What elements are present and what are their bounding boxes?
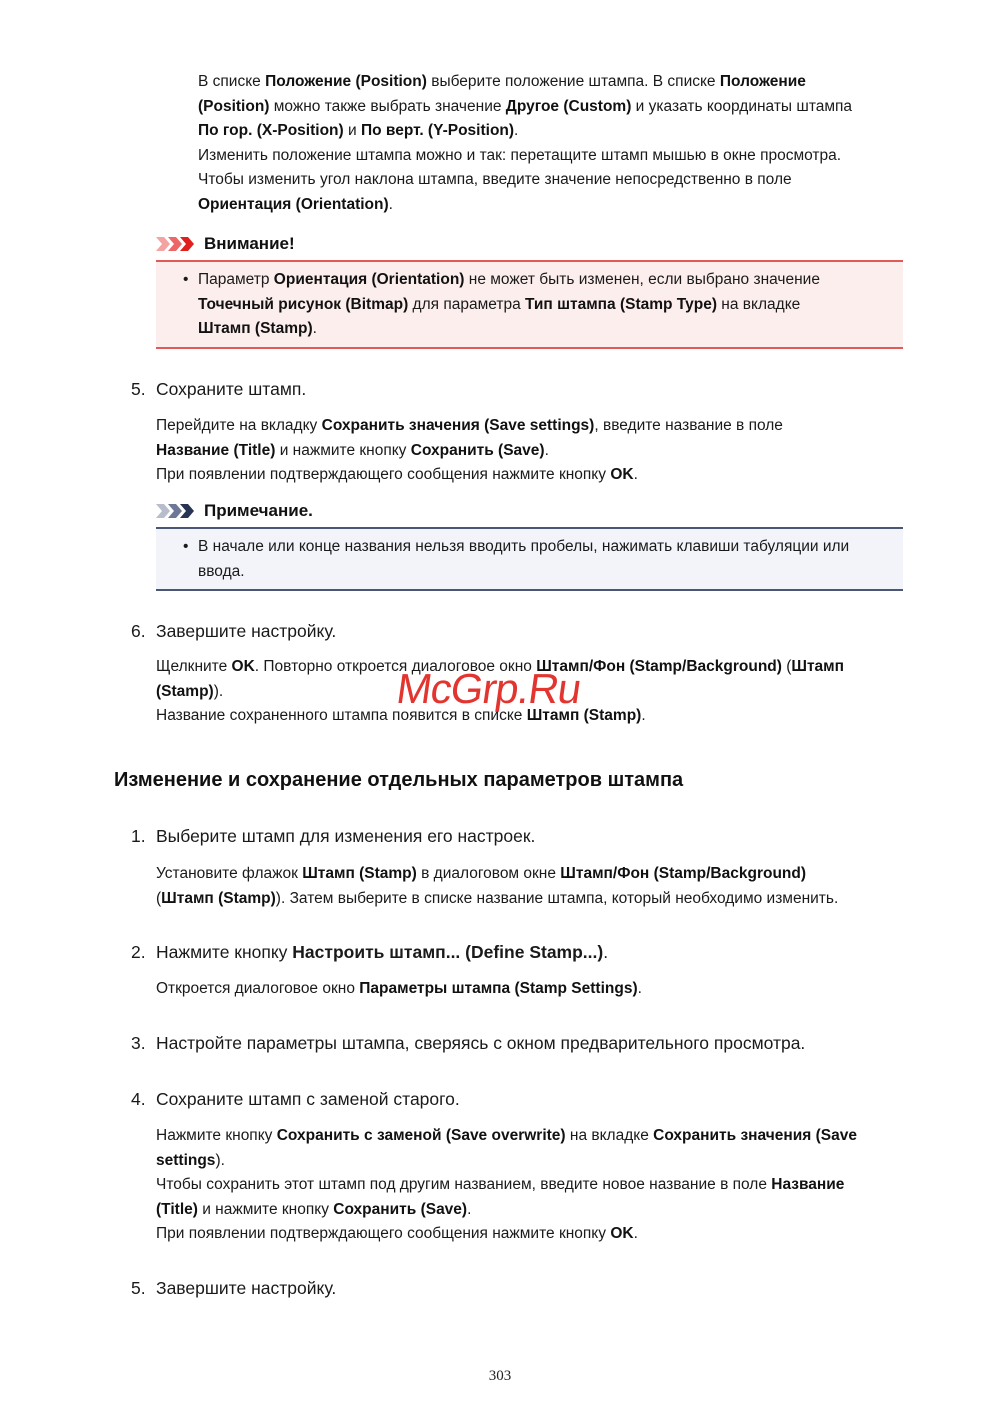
- text-line: (Stamp)).: [156, 680, 908, 705]
- step-title: Сохраните штамп с заменой старого.: [156, 1089, 460, 1109]
- text-line: Установите флажок Штамп (Stamp) в диалог…: [156, 862, 908, 887]
- section-step-4: 4.Сохраните штамп с заменой старого.: [131, 1087, 460, 1111]
- text-line: Точечный рисунок (Bitmap) для параметра …: [198, 293, 891, 318]
- text-line: (Position) можно также выбрать значение …: [198, 95, 908, 120]
- text-line: (Штамп (Stamp)). Затем выберите в списке…: [156, 887, 908, 912]
- text-line: Нажмите кнопку Сохранить с заменой (Save…: [156, 1124, 908, 1149]
- text-line: Чтобы сохранить этот штамп под другим на…: [156, 1173, 908, 1198]
- section-step-2: 2.Нажмите кнопку Настроить штамп... (Def…: [131, 940, 608, 964]
- attention-title: Внимание!: [204, 232, 295, 256]
- text-line: Изменить положение штампа можно и так: п…: [198, 144, 908, 169]
- note-text: В начале или конце названия нельзя вводи…: [182, 535, 891, 584]
- section-step-2-description: Откроется диалоговое окно Параметры штам…: [156, 977, 908, 1002]
- section-step-3: 3.Настройте параметры штампа, сверяясь с…: [131, 1031, 805, 1055]
- step-title: Завершите настройку.: [156, 621, 336, 641]
- page-number: 303: [0, 1368, 1000, 1385]
- text-line: В начале или конце названия нельзя вводи…: [198, 535, 891, 560]
- text-line: Название сохраненного штампа появится в …: [156, 704, 908, 729]
- text-line: В списке Положение (Position) выберите п…: [198, 70, 908, 95]
- step-title: Завершите настройку.: [156, 1278, 336, 1298]
- step-title: Выберите штамп для изменения его настрое…: [156, 826, 535, 846]
- text-line: Чтобы изменить угол наклона штампа, введ…: [198, 168, 908, 193]
- text-line: Штамп (Stamp).: [198, 317, 891, 342]
- section-heading: Изменение и сохранение отдельных парамет…: [114, 766, 683, 794]
- text-line: Откроется диалоговое окно Параметры штам…: [156, 977, 908, 1002]
- text-line: По гор. (X-Position) и По верт. (Y-Posit…: [198, 119, 908, 144]
- triple-chevron-navy-icon: [156, 503, 198, 519]
- text-line: Ориентация (Orientation).: [198, 193, 908, 218]
- text-line: settings).: [156, 1149, 908, 1174]
- section-step-5: 5.Завершите настройку.: [131, 1276, 336, 1300]
- step-finish-description: Щелкните OK. Повторно откроется диалогов…: [156, 655, 908, 729]
- text-line: При появлении подтверждающего сообщения …: [156, 1222, 908, 1247]
- step-title: Настройте параметры штампа, сверяясь с о…: [156, 1033, 805, 1053]
- section-step-4-description: Нажмите кнопку Сохранить с заменой (Save…: [156, 1124, 908, 1247]
- attention-text: Параметр Ориентация (Orientation) не мож…: [182, 268, 891, 342]
- section-step-1: 1.Выберите штамп для изменения его настр…: [131, 824, 535, 848]
- note-title: Примечание.: [204, 499, 313, 523]
- attention-heading: Внимание!: [156, 232, 295, 256]
- triple-chevron-red-icon: [156, 236, 198, 252]
- step-finish: 6.Завершите настройку.: [131, 619, 336, 643]
- step-title: Нажмите кнопку Настроить штамп... (Defin…: [156, 942, 608, 962]
- note-box: • В начале или конце названия нельзя вво…: [156, 527, 903, 591]
- section-step-1-description: Установите флажок Штамп (Stamp) в диалог…: [156, 862, 908, 911]
- text-line: Щелкните OK. Повторно откроется диалогов…: [156, 655, 908, 680]
- text-line: Перейдите на вкладку Сохранить значения …: [156, 414, 908, 439]
- note-heading: Примечание.: [156, 499, 313, 523]
- text-line: (Title) и нажмите кнопку Сохранить (Save…: [156, 1198, 908, 1223]
- text-line: При появлении подтверждающего сообщения …: [156, 463, 908, 488]
- bullet: •: [183, 268, 188, 293]
- attention-box: • Параметр Ориентация (Orientation) не м…: [156, 260, 903, 349]
- document-page: В списке Положение (Position) выберите п…: [0, 0, 1000, 1414]
- text-line: ввода.: [198, 560, 891, 585]
- text-line: Название (Title) и нажмите кнопку Сохран…: [156, 439, 908, 464]
- text-line: Параметр Ориентация (Orientation) не мож…: [198, 268, 891, 293]
- step-save-description: Перейдите на вкладку Сохранить значения …: [156, 414, 908, 488]
- step-save-stamp: 5.Сохраните штамп.: [131, 377, 306, 401]
- bullet: •: [183, 535, 188, 560]
- step-title: Сохраните штамп.: [156, 379, 306, 399]
- position-instructions: В списке Положение (Position) выберите п…: [198, 70, 908, 218]
